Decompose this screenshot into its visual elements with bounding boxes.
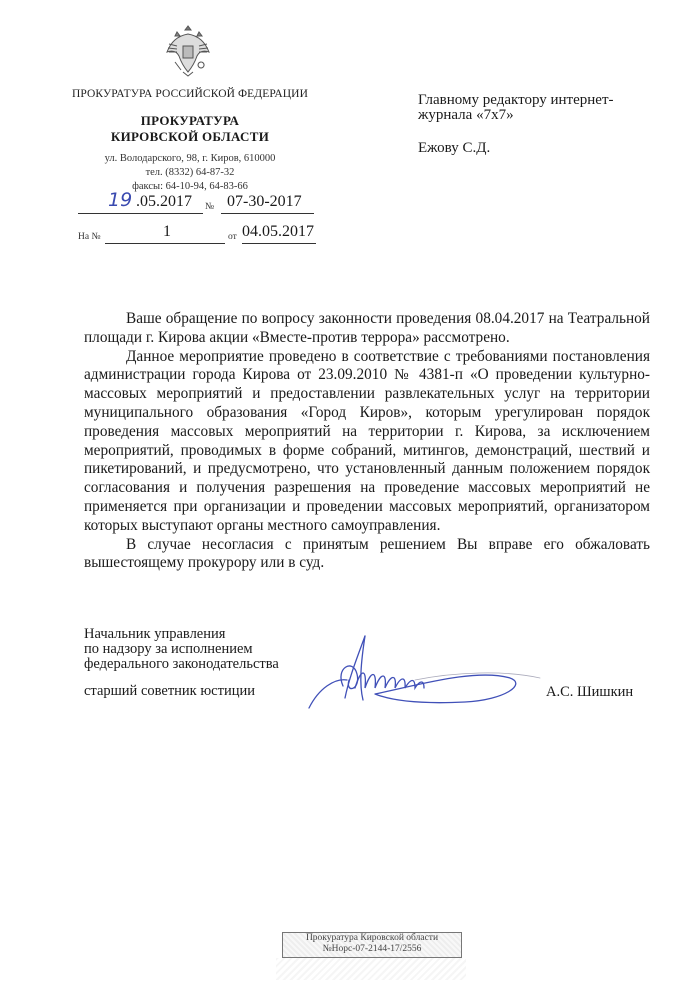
signatory-rank: старший советник юстиции (84, 683, 255, 700)
signatory-title: Начальник управления по надзору за испол… (84, 627, 279, 672)
paragraph-1: Ваше обращение по вопросу законности про… (84, 310, 650, 348)
ref-from-label: от (228, 232, 237, 242)
stamp-line-1: Прокуратура Кировской области (283, 933, 461, 944)
regional-prosecutor-name: ПРОКУРАТУРА КИРОВСКОЙ ОБЛАСТИ (60, 113, 320, 145)
ref-date-field: 04.05.2017 (242, 223, 316, 244)
stamp-line-2: №Норс-07-2144-17/2556 (283, 944, 461, 955)
phone: тел. (8332) 64-87-32 (60, 166, 320, 180)
paragraph-3: В случае несогласия с принятым решением … (84, 536, 650, 574)
title-line-1: Начальник управления (84, 627, 279, 642)
scan-noise (276, 958, 466, 980)
letter-body: Ваше обращение по вопросу законности про… (84, 310, 650, 573)
handwritten-day: 19 (108, 189, 132, 211)
number-field: 07-30-2017 (221, 193, 314, 214)
org-line-2: КИРОВСКОЙ ОБЛАСТИ (60, 129, 320, 145)
fax: факсы: 64-10-94, 64-83-66 (60, 180, 320, 194)
coat-of-arms-icon (163, 22, 213, 78)
title-line-3: федерального законодательства (84, 657, 279, 672)
reference-registration: На № 1 от 04.05.2017 (78, 223, 323, 245)
title-line-2: по надзору за исполнением (84, 642, 279, 657)
addressee-position: Главному редактору интернет-журнала «7x7… (418, 93, 658, 123)
ref-number-label: На № (78, 232, 101, 242)
paragraph-2: Данное мероприятие проведено в соответст… (84, 348, 650, 536)
ref-number: 1 (163, 223, 171, 241)
outgoing-number: 07-30-2017 (227, 193, 302, 211)
contact-info: ул. Володарского, 98, г. Киров, 610000 т… (60, 152, 320, 194)
federal-prosecutor-header: ПРОКУРАТУРА РОССИЙСКОЙ ФЕДЕРАЦИИ (60, 88, 320, 100)
handwritten-signature-icon (305, 628, 545, 728)
date-month-year: .05.2017 (136, 193, 192, 211)
postal-address: ул. Володарского, 98, г. Киров, 610000 (60, 152, 320, 166)
ref-date: 04.05.2017 (242, 223, 314, 241)
number-label: № (205, 202, 214, 212)
signatory-name: А.С. Шишкин (546, 684, 633, 701)
ref-number-field: 1 (105, 223, 225, 244)
date-field: 19 .05.2017 (78, 193, 203, 214)
registration-stamp: Прокуратура Кировской области №Норс-07-2… (282, 932, 462, 958)
outgoing-registration: 19 .05.2017 № 07-30-2017 (78, 193, 323, 215)
org-line-1: ПРОКУРАТУРА (60, 113, 320, 129)
addressee-name: Ежову С.Д. (418, 140, 490, 157)
